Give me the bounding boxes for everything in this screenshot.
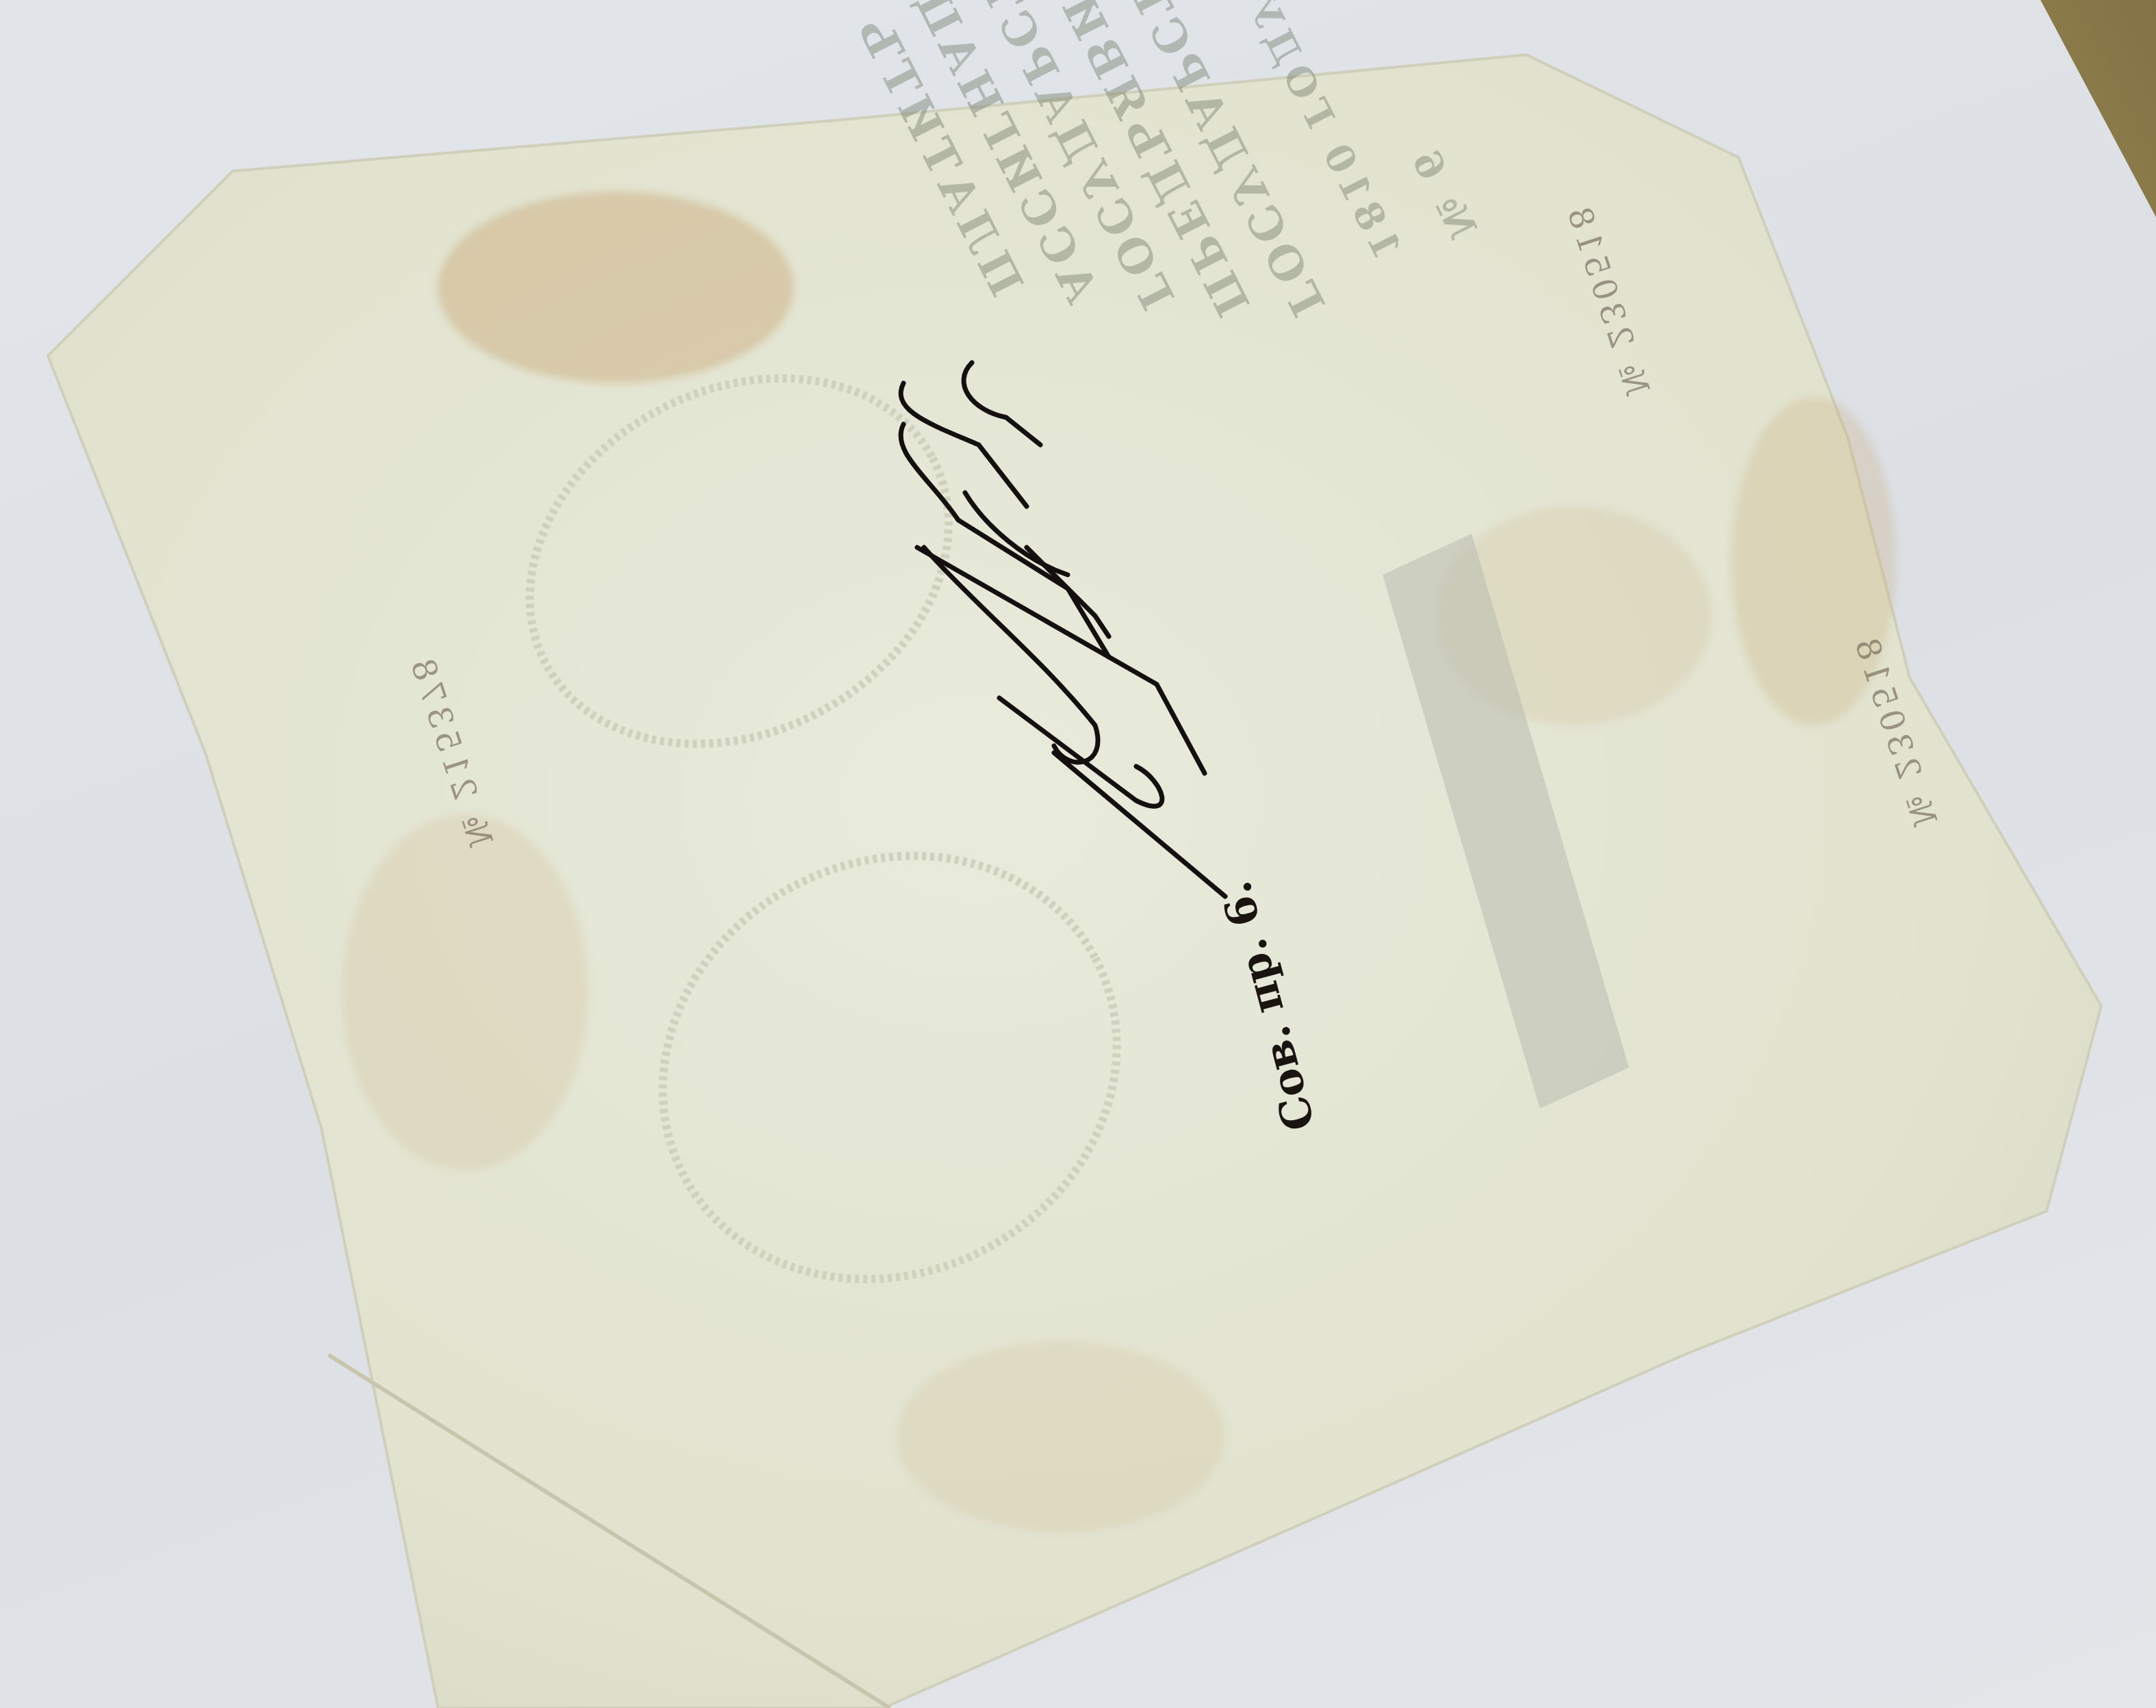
paper-shape: [0, 0, 2156, 1708]
banknote-paper: [0, 0, 2156, 1708]
